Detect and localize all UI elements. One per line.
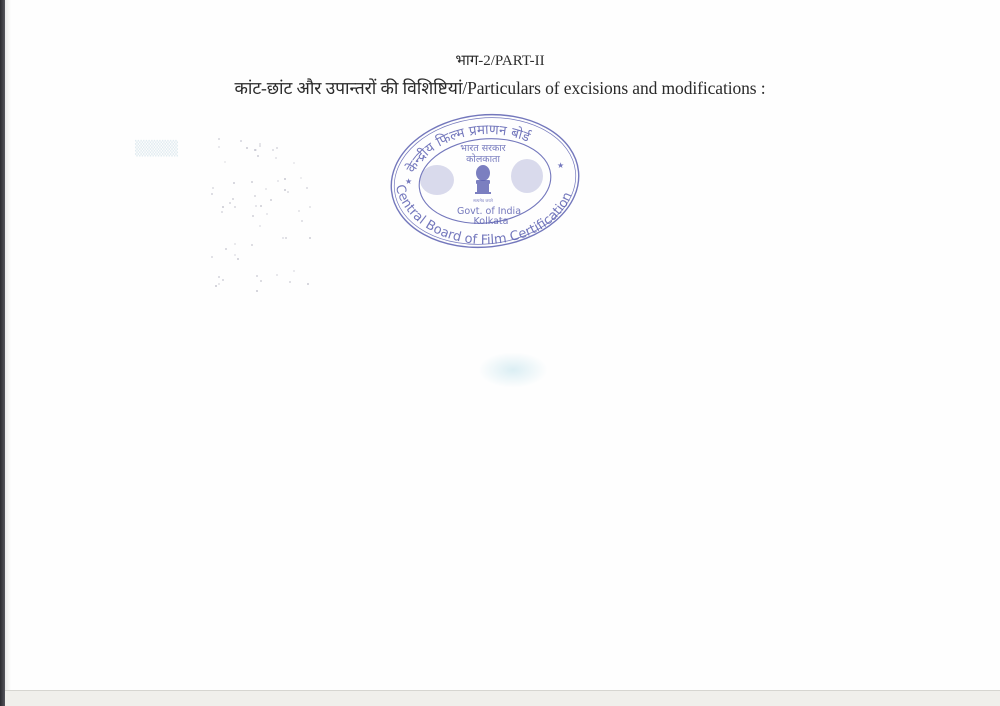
- particulars-heading: कांट-छांट और उपान्तरों की विशिष्टियां/Pa…: [0, 76, 1000, 100]
- svg-text:Kolkata: Kolkata: [474, 216, 509, 227]
- svg-text:★: ★: [405, 177, 412, 186]
- svg-text:कोलकाता: कोलकाता: [466, 153, 500, 165]
- part-heading: भाग-2/PART-II: [0, 50, 1000, 70]
- faint-ink-smudge: [478, 352, 548, 388]
- scan-bottom-edge: [5, 690, 1000, 706]
- svg-text:★: ★: [557, 161, 564, 170]
- scan-left-shadow: [5, 0, 11, 706]
- svg-text:भारत सरकार: भारत सरकार: [460, 143, 507, 154]
- bleed-through-text: ▒▒▒▒: [135, 141, 178, 157]
- cbfc-stamp: केन्द्रीय फिल्म प्रमाणन बोर्ड Central Bo…: [387, 110, 583, 252]
- ashoka-emblem-icon: [475, 165, 491, 194]
- svg-text:सत्यमेव जयते: सत्यमेव जयते: [473, 198, 493, 203]
